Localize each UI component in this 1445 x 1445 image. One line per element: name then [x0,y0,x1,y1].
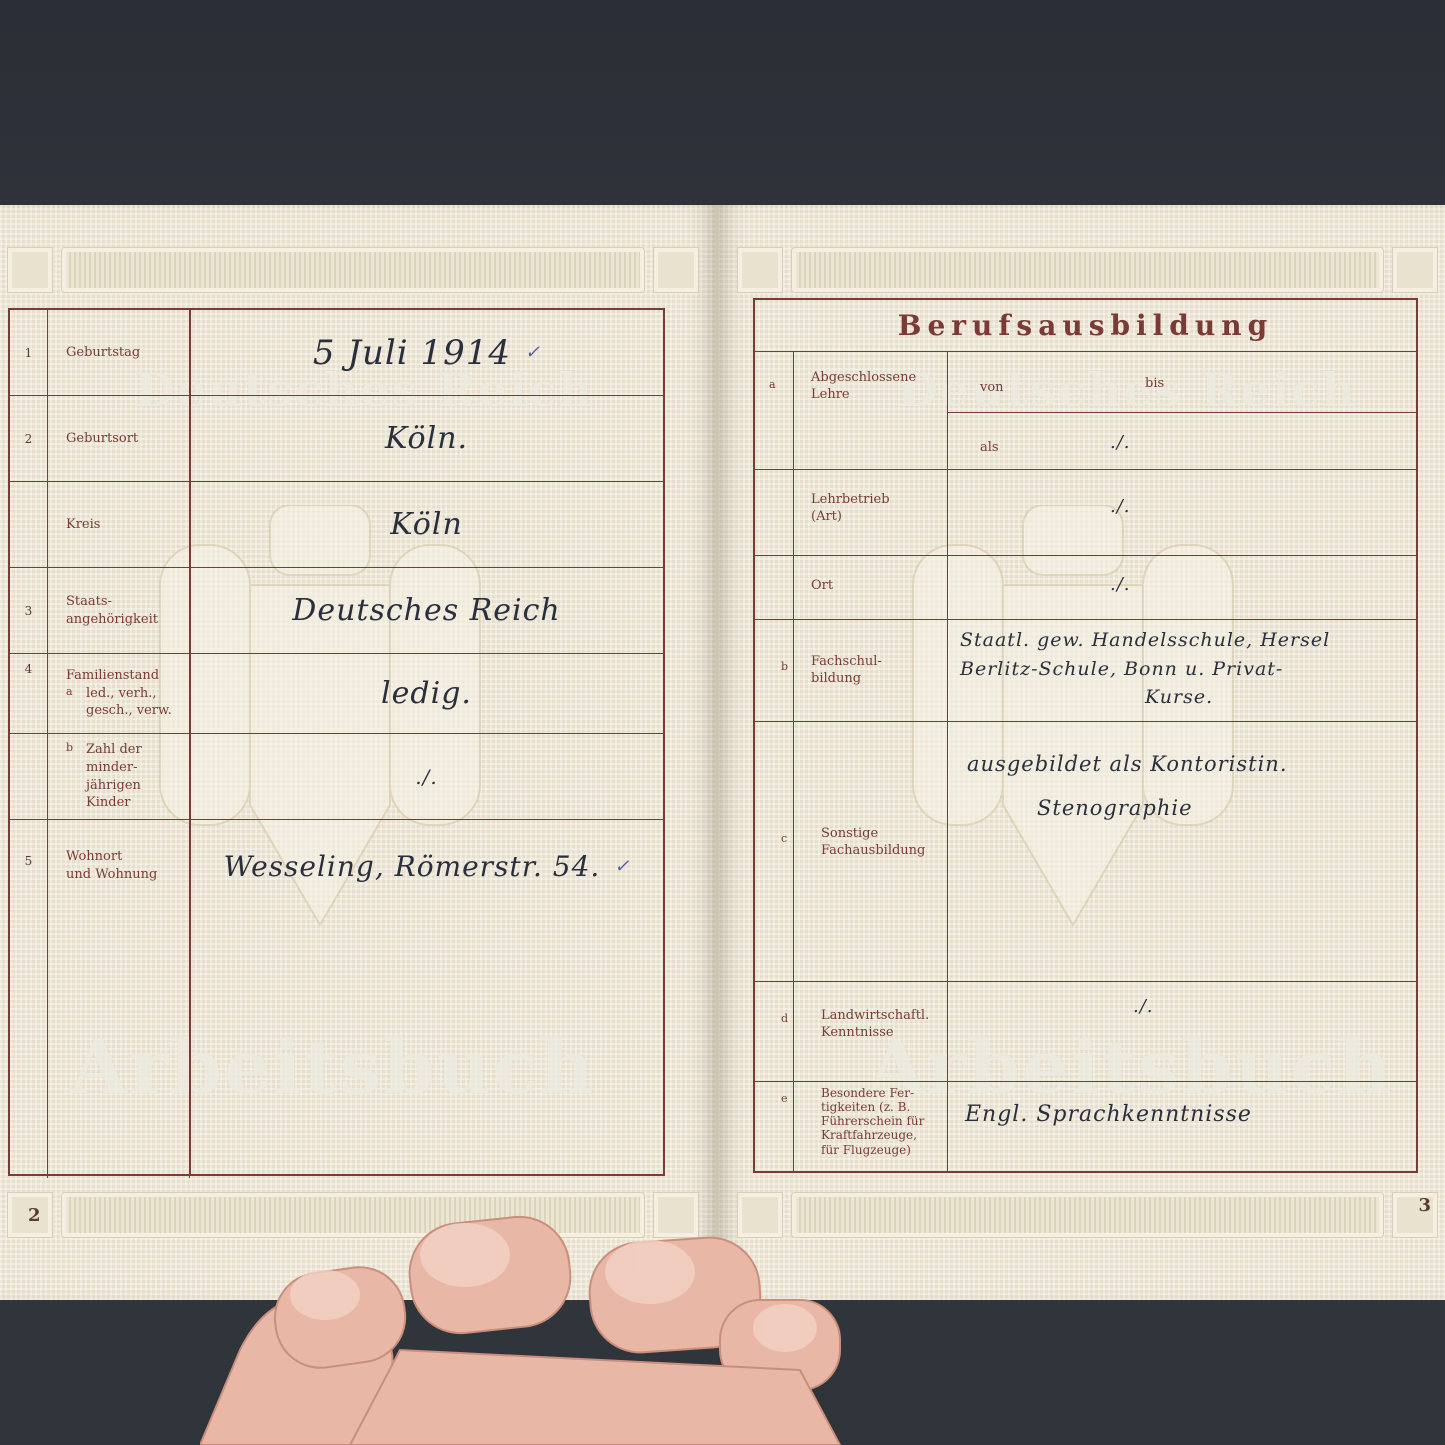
border-bar [792,248,1383,292]
label-geburtsort: Geburtsort [48,396,190,481]
value-sonstige-fachausbildung: ausgebildet als Kontoristin. Stenographi… [967,742,1288,830]
row-number [10,482,48,567]
label-familienstand: Familienstand aled., verh., gesch., verw… [48,654,190,733]
row-lehrbetrieb: Lehrbetrieb(Art) ./. [755,470,1416,556]
row-ort: Ort ./. [755,556,1416,620]
border-ornament [738,248,782,292]
label-lehrbetrieb: Lehrbetrieb(Art) [811,492,890,526]
left-page: Deutsches Reich Arbeitsbuch 1 Geburtstag… [0,205,718,1300]
row-kreis: Kreis Köln [10,482,663,568]
value-als: ./. [1110,432,1131,453]
row-familienstand: 4 Familienstand aled., verh., gesch., ve… [10,654,663,734]
value-fachschulbildung: Staatl. gew. Handelsschule, Hersel Berli… [960,626,1330,712]
check-mark-icon: ✓ [525,342,540,363]
row-number: 2 [10,396,48,481]
top-border-left [8,240,698,300]
bottom-border-left [8,1185,698,1245]
value-familienstand: ledig. [190,654,663,733]
row-letter: b [781,660,788,673]
border-ornament [8,248,52,292]
right-page: Deutsches Reich Arbeitsbuch Berufsausbil… [718,205,1445,1300]
value-geburtsort: Köln. [190,396,663,481]
border-ornament [1393,248,1437,292]
label-geburtstag: Geburtstag [48,310,190,395]
row-geburtsort: 2 Geburtsort Köln. [10,396,663,482]
label-abgeschlossene-lehre: AbgeschlosseneLehre [811,370,916,404]
value-lehrbetrieb: ./. [1110,496,1131,517]
value-kinder: ./. [190,734,663,819]
row-staatsangehoerigkeit: 3 Staats-angehörigkeit Deutsches Reich [10,568,663,654]
label-sonstige-fachausbildung: SonstigeFachausbildung [821,826,925,860]
row-landwirtschaft: d Landwirtschaftl.Kenntnisse ./. [755,982,1416,1082]
row-number: 5 [10,820,48,1178]
row-kinder: bZahl der minder- jährigen Kinder ./. [10,734,663,820]
value-staatsangehoerigkeit: Deutsches Reich [190,568,663,653]
label-staatsangehoerigkeit: Staats-angehörigkeit [48,568,190,653]
value-geburtstag: 5 Juli 1914✓ [190,310,663,395]
row-wohnort: 5 Wohnortund Wohnung Wesseling, Römerstr… [10,820,663,1178]
row-number: 1 [10,310,48,395]
label-bis: bis [1145,376,1164,391]
page-number-left: 2 [28,1205,41,1226]
row-sonstige-fachausbildung: c SonstigeFachausbildung ausgebildet als… [755,722,1416,982]
label-kreis: Kreis [48,482,190,567]
label-besondere-fertigkeiten: Besondere Fer- tigkeiten (z. B. Führersc… [821,1086,924,1157]
value-ort: ./. [1110,574,1131,595]
border-ornament [738,1193,782,1237]
row-number: 3 [10,568,48,653]
check-mark-icon: ✓ [614,856,629,877]
border-bar [62,248,644,292]
label-wohnort: Wohnortund Wohnung [48,820,190,1178]
label-ort: Ort [811,578,833,593]
row-abgeschlossene-lehre: a AbgeschlosseneLehre von bis als ./. [755,352,1416,470]
border-bar [792,1193,1383,1237]
border-ornament [654,1193,698,1237]
open-booklet: Deutsches Reich Arbeitsbuch 1 Geburtstag… [0,205,1445,1300]
row-fachschulbildung: b Fachschul-bildung Staatl. gew. Handels… [755,620,1416,722]
value-kreis: Köln [190,482,663,567]
label-von: von [980,380,1004,395]
row-letter: e [781,1092,788,1105]
value-besondere-fertigkeiten: Engl. Sprachkenntnisse [965,1102,1252,1127]
row-letter: d [781,1012,788,1025]
value-landwirtschaft: ./. [1133,996,1154,1017]
page-number-right: 3 [1418,1195,1431,1216]
border-bar [62,1193,644,1237]
personal-data-form: 1 Geburtstag 5 Juli 1914✓ 2 Geburtsort K… [8,308,665,1176]
row-geburtstag: 1 Geburtstag 5 Juli 1914✓ [10,310,663,396]
row-number: 4 [10,654,48,733]
row-letter: c [781,832,787,845]
label-kinder: bZahl der minder- jährigen Kinder [48,734,190,819]
label-landwirtschaft: Landwirtschaftl.Kenntnisse [821,1008,929,1042]
label-fachschulbildung: Fachschul-bildung [811,654,882,688]
label-als: als [980,440,999,455]
vocational-training-form: Berufsausbildung a AbgeschlosseneLehre v… [753,298,1418,1173]
top-border-right [738,240,1437,300]
row-besondere-fertigkeiten: e Besondere Fer- tigkeiten (z. B. Führer… [755,1082,1416,1175]
row-number [10,734,48,819]
bottom-border-right [738,1185,1437,1245]
value-wohnort: Wesseling, Römerstr. 54.✓ [190,820,663,1178]
section-title: Berufsausbildung [755,300,1416,352]
row-letter: a [769,378,776,391]
border-ornament [654,248,698,292]
